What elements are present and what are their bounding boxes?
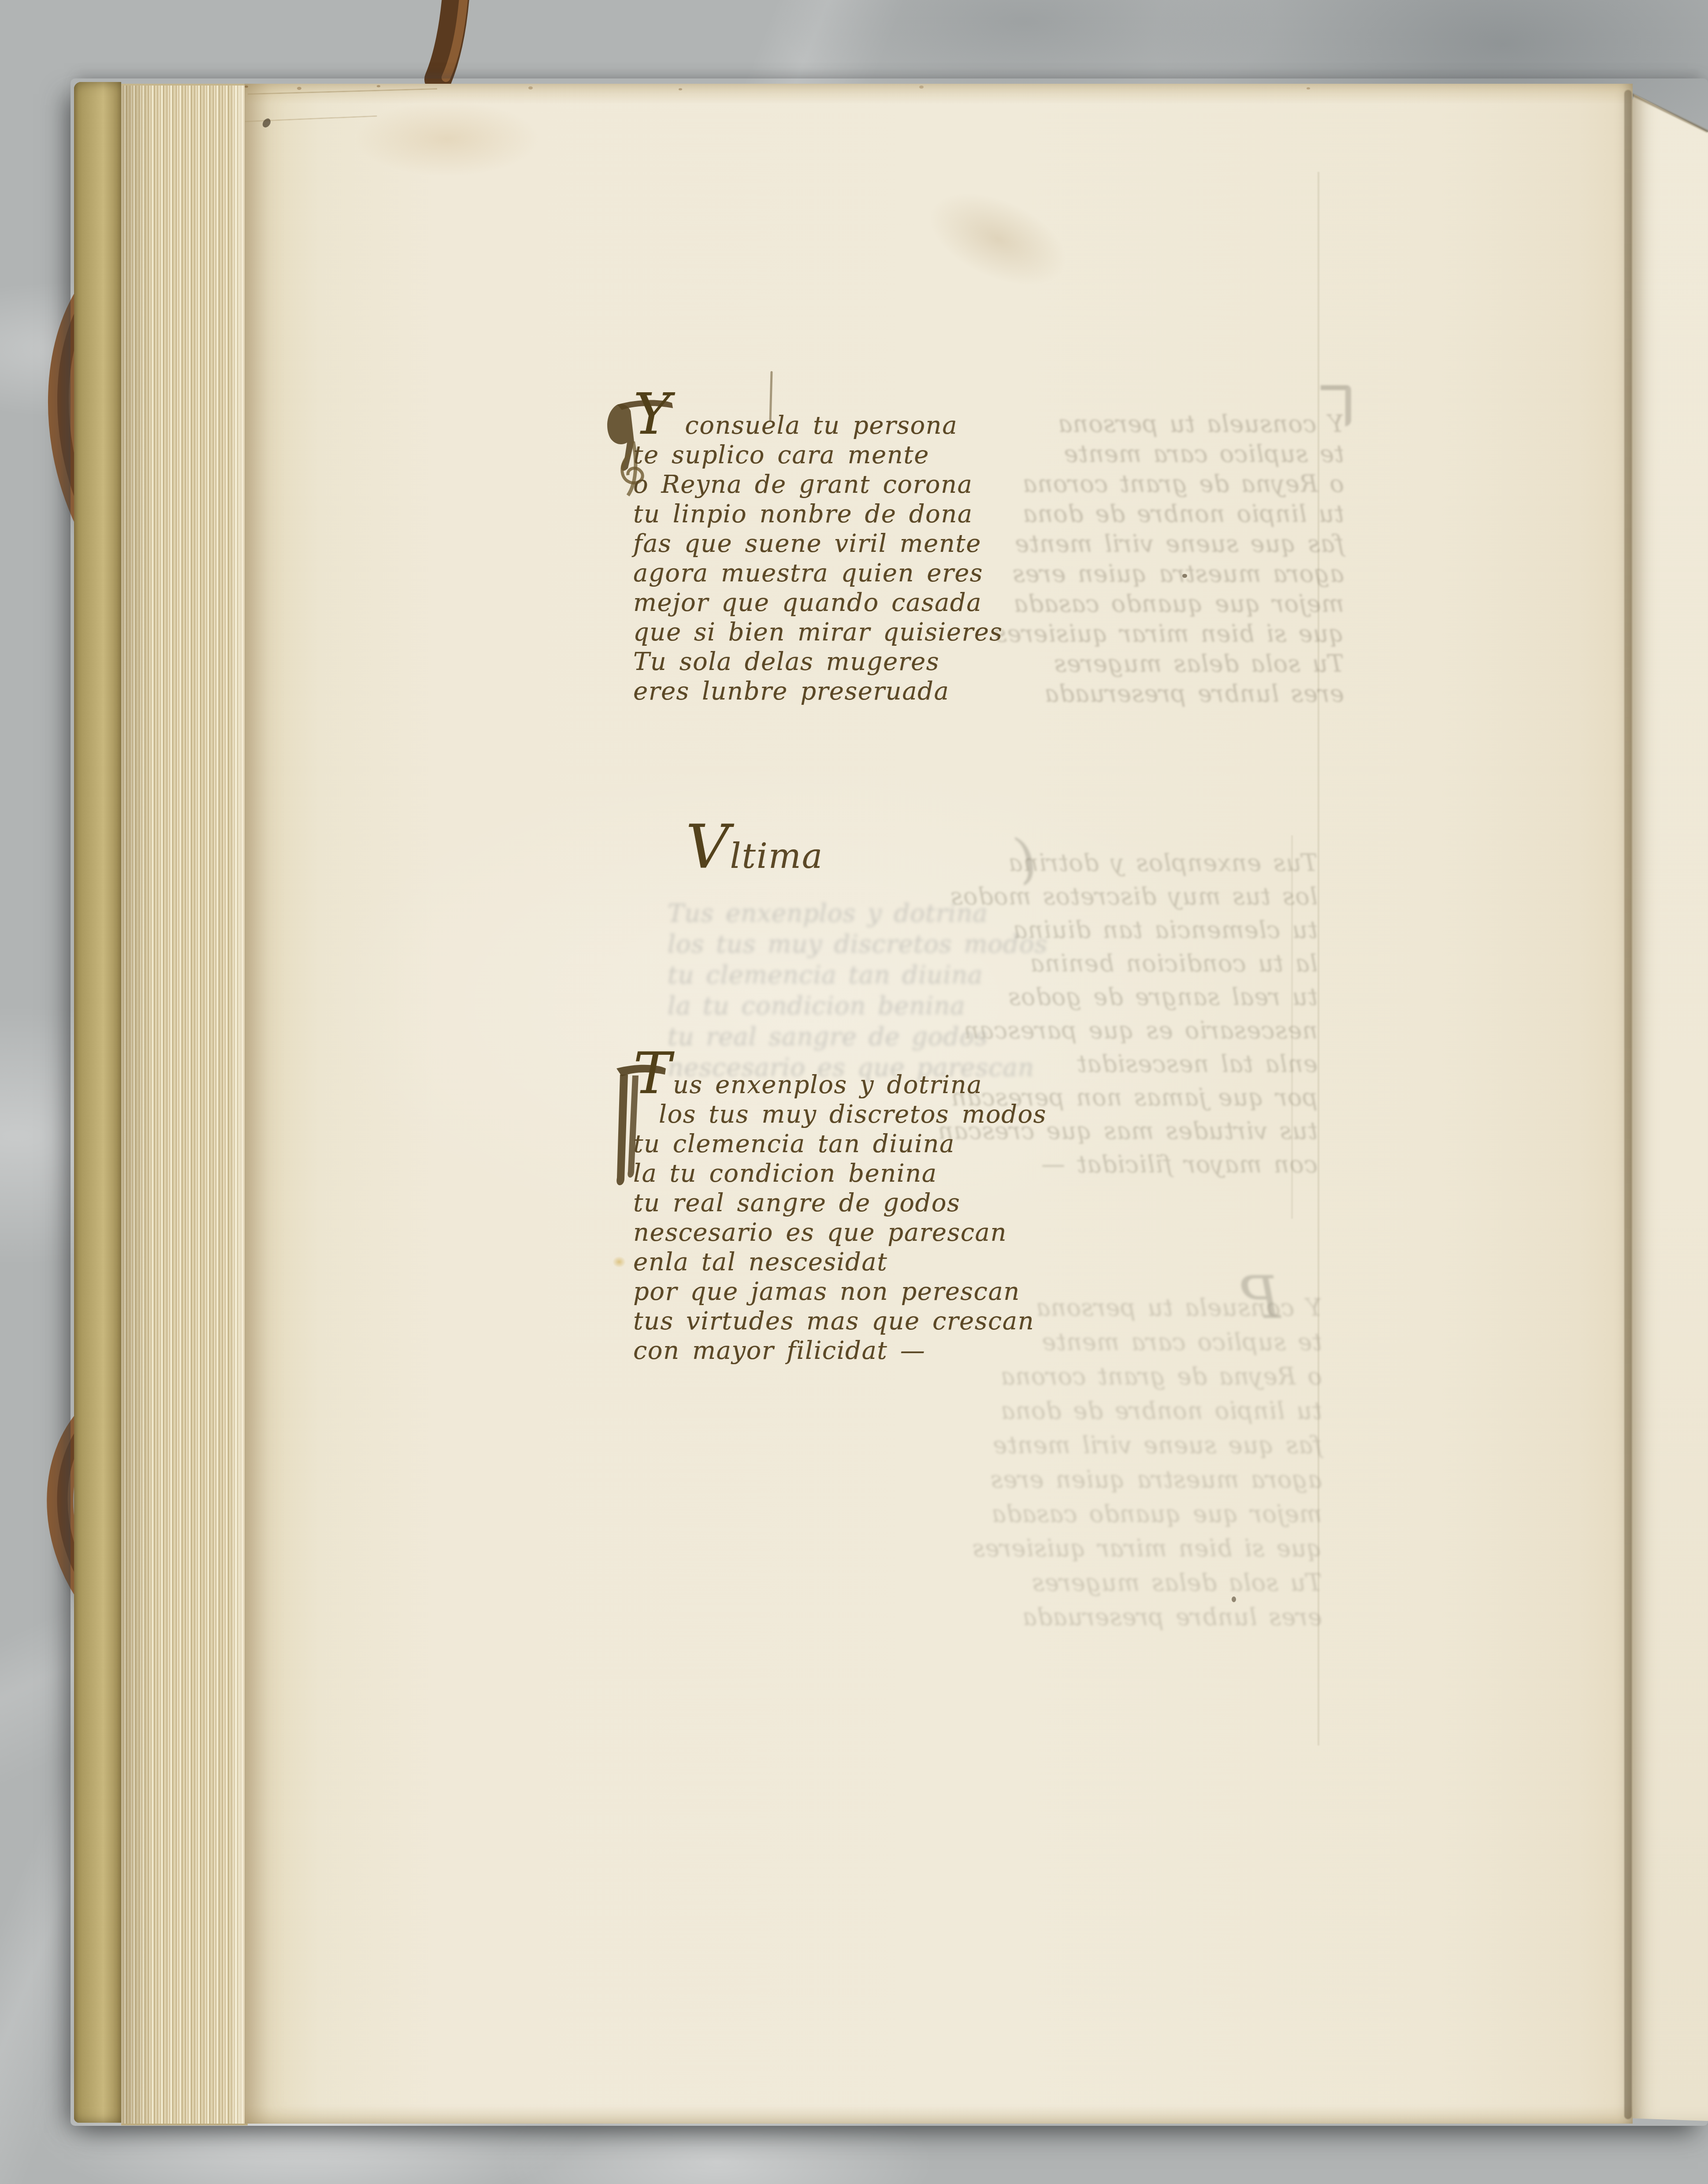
text-line: mejor que quando casada	[983, 1497, 1322, 1531]
text-line: la tu condicion benina	[633, 1159, 1294, 1188]
text-line: los tus muy discretos modos	[668, 929, 1086, 960]
text-line: te suplico cara mente	[633, 440, 1294, 470]
text-line: fas que suene viril mente	[633, 529, 1294, 558]
text-line: eres lunbre preseruada	[983, 1600, 1322, 1634]
text-line: los tus muy discretos modos	[659, 1100, 1294, 1129]
section-heading: Vltima	[686, 838, 823, 874]
text-line: fas que suene viril mente	[983, 1428, 1322, 1462]
text-line: tu linpio nonbre de dona	[983, 1394, 1322, 1428]
text-line: tu clemencia tan diuina	[668, 960, 1086, 991]
page-block-fore-edge	[121, 84, 248, 2125]
show-through-initial-icon: (	[1016, 829, 1036, 890]
text-line: Tu sola delas mugeres	[633, 647, 1294, 677]
text-line: Tus enxenplos y dotrina	[668, 898, 1086, 929]
foxing-specks	[245, 86, 248, 88]
top-leather-tie-icon	[438, 0, 464, 79]
text-line: que si bien mirar quisieres	[983, 1531, 1322, 1566]
text-line: enla tal nescesidat	[633, 1247, 1294, 1277]
text-line: Y consuela tu persona	[633, 411, 1294, 440]
text-line: o Reyna de grant corona	[633, 470, 1294, 499]
text-line: agora muestra quien eres	[983, 1462, 1322, 1497]
text-line: con mayor filicidat —	[633, 1336, 1294, 1365]
manuscript-page: Y consuela tu personate suplico cara men…	[245, 84, 1633, 2124]
photo-of-open-manuscript: { "scene": { "description": "Photograph …	[0, 0, 1708, 2184]
poem-stanza-1: Y consuela tu personate suplico cara men…	[633, 411, 1294, 706]
edge-toning-stain	[355, 101, 540, 176]
text-line: por que jamas non perescan	[633, 1277, 1294, 1306]
text-line: tu real sangre de godos	[668, 1022, 1086, 1053]
text-line: que si bien mirar quisieres	[633, 618, 1294, 647]
underlying-right-page	[1633, 0, 1708, 2121]
poem-stanza-2: Tus enxenplos y dotrinalos tus muy discr…	[633, 1070, 1294, 1365]
text-line: tu clemencia tan diuina	[633, 1129, 1294, 1159]
recto-fore-edge-line	[1624, 90, 1632, 2119]
text-line: Tus enxenplos y dotrina	[633, 1070, 1294, 1100]
text-line: tu real sangre de godos	[633, 1188, 1294, 1218]
text-line: agora muestra quien eres	[633, 558, 1294, 588]
text-line: la tu condicion benina	[668, 991, 1086, 1022]
smudge-stain	[916, 174, 1080, 304]
parchment-cover-edge	[74, 82, 121, 2123]
text-line: nescesario es que parescan	[633, 1218, 1294, 1247]
text-line: tu linpio nonbre de dona	[633, 499, 1294, 529]
text-line: Tu sola delas mugeres	[983, 1566, 1322, 1600]
text-line: mejor que quando casada	[633, 588, 1294, 618]
text-line: tus virtudes mas que crescan	[633, 1306, 1294, 1336]
offset-show-through-block: Tus enxenplos y dotrinalos tus muy discr…	[668, 898, 1086, 1083]
show-through-initial-icon	[1321, 385, 1351, 426]
text-line: eres lunbre preseruada	[633, 677, 1294, 706]
small-yellow-spot	[613, 1256, 626, 1268]
